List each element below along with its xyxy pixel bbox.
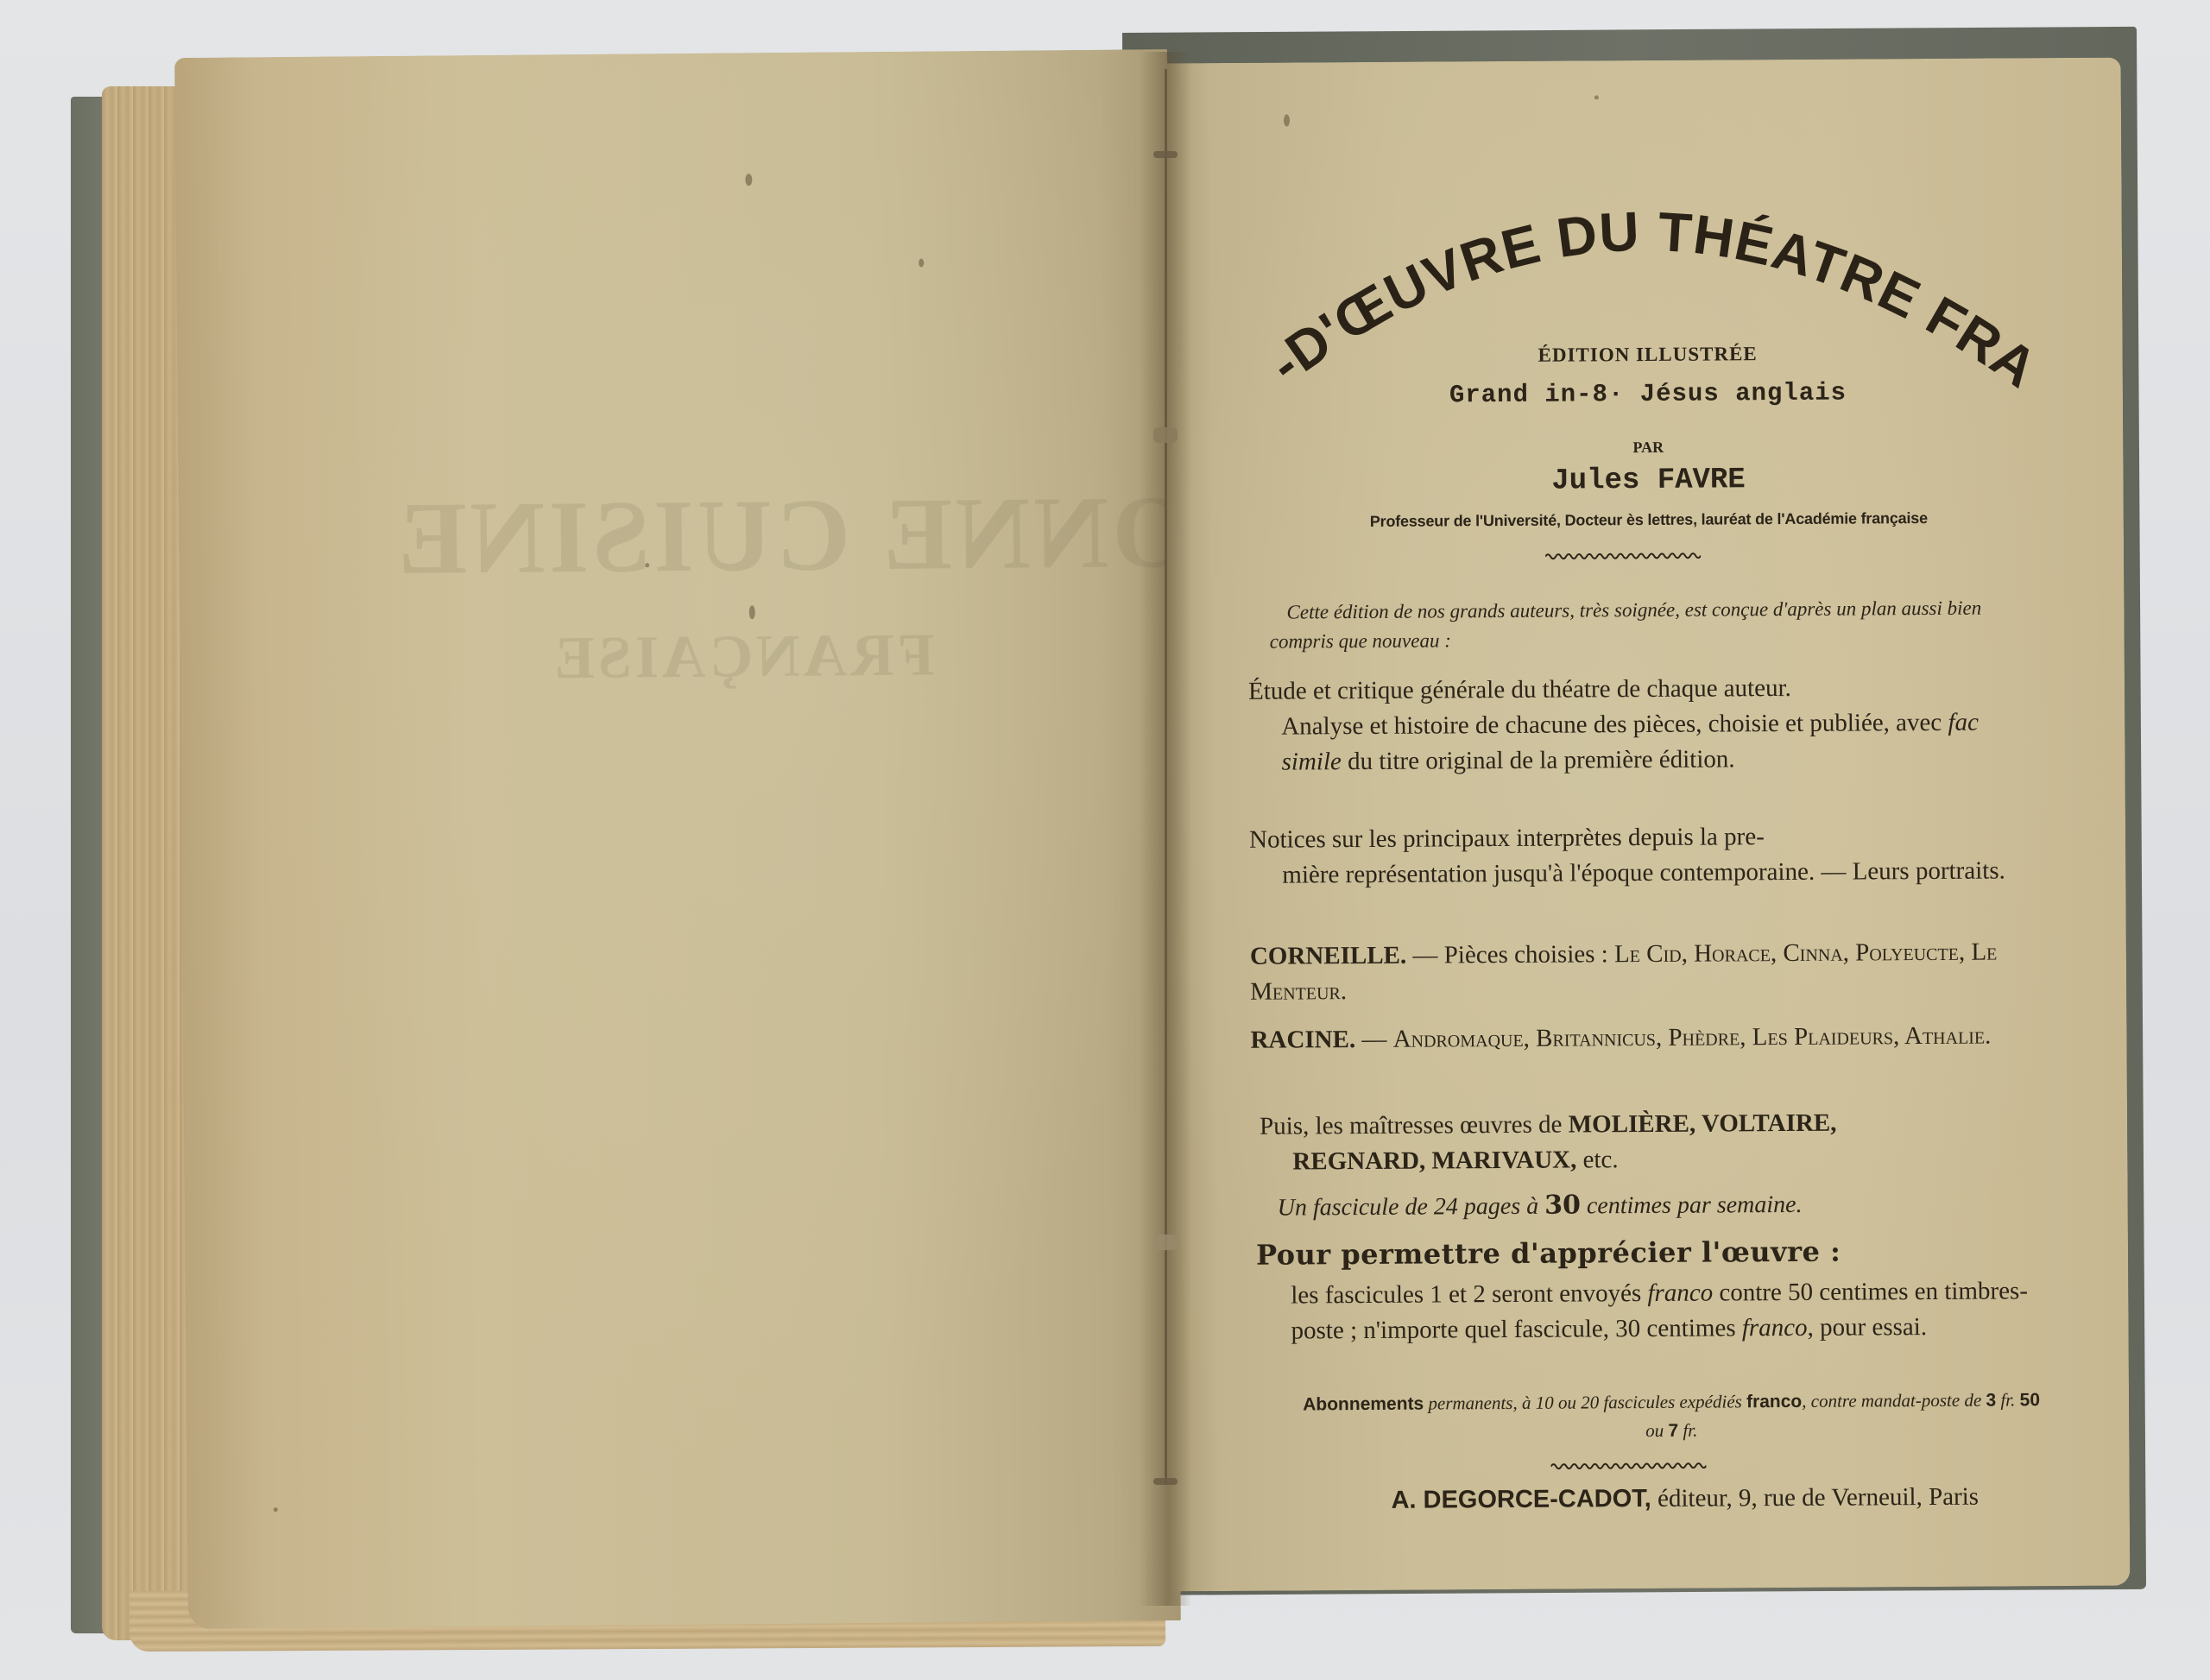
bleed-through-text: FRANÇAISE	[551, 621, 935, 693]
trial-offer-body: les fascicules 1 et 2 seront envoyés fra…	[1291, 1273, 2050, 1348]
foxing-spot	[1594, 95, 1599, 99]
series-title-arc: CHEFS-D'ŒUVRE DU THÉATRE FRANÇAIS	[1228, 127, 2075, 417]
publisher-imprint: A. DEGORCE-CADOT, éditeur, 9, rue de Ver…	[1305, 1482, 2065, 1515]
subscriptions-label: Abonnements	[1303, 1394, 1424, 1415]
ornamental-rule	[1551, 1461, 1707, 1472]
racine-name: RACINE.	[1250, 1026, 1355, 1054]
binding-thread	[1165, 69, 1167, 1485]
format-label: Grand in-8· Jésus anglais	[1247, 377, 2049, 411]
corneille-entry: CORNEILLE. — Pièces choisies : Le Cid, H…	[1250, 934, 2036, 1010]
binding-knot	[1153, 1235, 1178, 1250]
par-label: PAR	[1247, 436, 2049, 459]
racine-entry: RACINE. — Andromaque, Britannicus, Phèdr…	[1250, 1018, 2036, 1058]
publisher-address: éditeur, 9, rue de Verneuil, Paris	[1651, 1483, 1979, 1513]
corneille-name: CORNEILLE.	[1250, 942, 1406, 970]
foxing-spot	[645, 563, 649, 567]
left-page: BONNE CUISINE FRANÇAISE	[174, 49, 1181, 1629]
foxing-spot	[1284, 115, 1290, 127]
other-authors-line1: MOLIÈRE, VOLTAIRE,	[1569, 1109, 1837, 1139]
feature-notices-detail: mière représentation jusqu'à l'époque co…	[1249, 853, 2035, 894]
foxing-spot	[745, 174, 752, 186]
advertisement: CHEFS-D'ŒUVRE DU THÉATRE FRANÇAIS ÉDITIO…	[1245, 136, 2048, 141]
subscriptions-notice: Abonnements permanents, à 10 ou 20 fasci…	[1300, 1386, 2043, 1447]
author-name: Jules FAVRE	[1247, 462, 2049, 500]
feature-study-detail: Analyse et histoire de chacune des pièce…	[1248, 704, 2034, 780]
right-page: CHEFS-D'ŒUVRE DU THÉATRE FRANÇAIS ÉDITIO…	[1163, 58, 2131, 1592]
fascicule-price: 30	[1544, 1190, 1581, 1220]
intro-paragraph: Cette édition de nos grands auteurs, trè…	[1269, 593, 2037, 656]
foxing-spot	[919, 258, 924, 267]
bleed-through-text: BONNE CUISINE	[394, 471, 1181, 598]
author-credentials: Professeur de l'Université, Docteur ès l…	[1247, 508, 2050, 532]
ornamental-rule	[1545, 551, 1701, 562]
binding-stitch	[1153, 1478, 1178, 1485]
foxing-spot	[749, 605, 755, 619]
trial-offer-heading: Pour permettre d'apprécier l'œuvre :	[1256, 1234, 2050, 1272]
other-authors-line2: REGNARD, MARIVAUX,	[1292, 1146, 1576, 1176]
foxing-spot	[274, 1507, 278, 1512]
publisher-name: A. DEGORCE-CADOT,	[1391, 1485, 1651, 1514]
feature-notices-heading: Notices sur les principaux interprètes d…	[1249, 818, 2035, 858]
feature-notices: Notices sur les principaux interprètes d…	[1249, 818, 2035, 894]
other-authors-entry: Puis, les maîtresses œuvres de MOLIÈRE, …	[1260, 1104, 2045, 1180]
binding-knot	[1153, 427, 1178, 443]
weekly-fascicule-price: Un fascicule de 24 pages à 30 centimes p…	[1278, 1187, 2055, 1222]
racine-plays: Andromaque, Britannicus, Phèdre, Les Pla…	[1393, 1022, 1992, 1053]
binding-stitch	[1153, 151, 1178, 158]
feature-study-heading: Étude et critique générale du théatre de…	[1248, 669, 2034, 710]
feature-study: Étude et critique générale du théatre de…	[1248, 669, 2035, 780]
